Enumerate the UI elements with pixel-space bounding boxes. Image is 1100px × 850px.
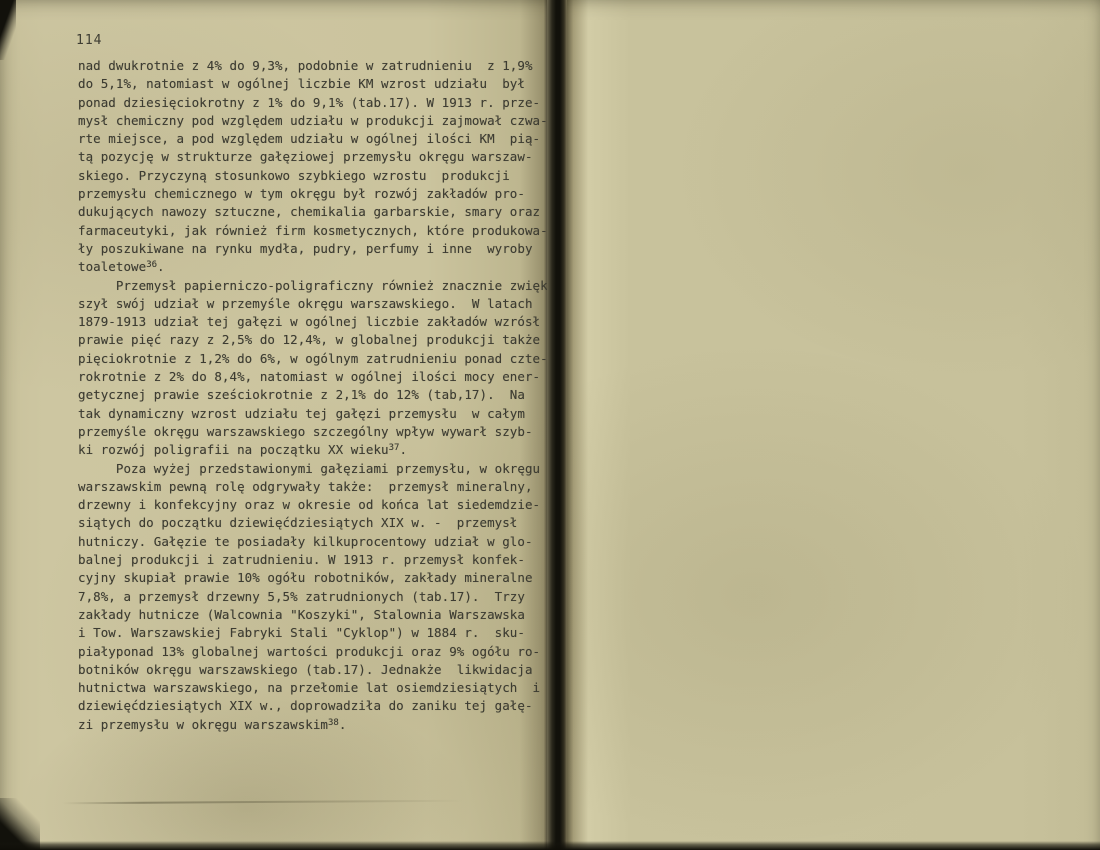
- text-line: piałyponad 13% globalnej wartości produk…: [78, 643, 553, 661]
- text-line: cyjny skupiał prawie 10% ogółu robotnikó…: [78, 569, 553, 587]
- page-114: 114 nad dwukrotnie z 4% do 9,3%, podobni…: [0, 0, 547, 850]
- text-line: rte miejsce, a pod względem udziału w og…: [78, 130, 553, 148]
- text-line: zakłady hutnicze (Walcownia "Koszyki", S…: [78, 606, 553, 624]
- text-line: dziewięćdziesiątych XIX w., doprowadziła…: [78, 697, 553, 715]
- text-line: pięciokrotnie z 1,2% do 6%, w ogólnym za…: [78, 350, 553, 368]
- text-line: hutniczy. Gałęzie te posiadały kilkuproc…: [78, 533, 553, 551]
- text-line: hutnictwa warszawskiego, na przełomie la…: [78, 679, 553, 697]
- text-line: botników okręgu warszawskiego (tab.17). …: [78, 661, 553, 679]
- scan-bottom-edge-shadow: [0, 841, 1100, 850]
- page-114-body-text: nad dwukrotnie z 4% do 9,3%, podobnie w …: [78, 57, 553, 734]
- text-line: drzewny i konfekcyjny oraz w okresie od …: [78, 496, 553, 514]
- text-line: tą pozycję w strukturze gałęziowej przem…: [78, 148, 553, 166]
- text-line: farmaceutyki, jak również firm kosmetycz…: [78, 222, 553, 240]
- book-gutter-shadow: [547, 0, 567, 850]
- text-line: nad dwukrotnie z 4% do 9,3%, podobnie w …: [78, 57, 553, 75]
- text-line: warszawskim pewną rolę odgrywały także: …: [78, 478, 553, 496]
- text-line: Przemysł papierniczo-poligraficzny równi…: [78, 277, 553, 295]
- text-line: prawie pięć razy z 2,5% do 12,4%, w glob…: [78, 331, 553, 349]
- text-line: mysł chemiczny pod względem udziału w pr…: [78, 112, 553, 130]
- text-line: szył swój udział w przemyśle okręgu wars…: [78, 295, 553, 313]
- text-line: toaletowe36.: [78, 258, 553, 276]
- text-line: 1879-1913 udział tej gałęzi w ogólnej li…: [78, 313, 553, 331]
- text-line: rokrotnie z 2% do 8,4%, natomiast w ogól…: [78, 368, 553, 386]
- text-line: dukujących nawozy sztuczne, chemikalia g…: [78, 203, 553, 221]
- text-line: ły poszukiwane na rynku mydła, pudry, pe…: [78, 240, 553, 258]
- scan-corner-shadow-top-left: [0, 0, 16, 60]
- text-line: Poza wyżej przedstawionymi gałęziami prz…: [78, 460, 553, 478]
- text-line: do 5,1%, natomiast w ogólnej liczbie KM …: [78, 75, 553, 93]
- text-line: ki rozwój poligrafii na początku XX wiek…: [78, 441, 553, 459]
- text-line: siątych do początku dziewięćdziesiątych …: [78, 514, 553, 532]
- text-line: tak dynamiczny wzrost udziału tej gałęzi…: [78, 405, 553, 423]
- text-line: balnej produkcji i zatrudnieniu. W 1913 …: [78, 551, 553, 569]
- text-line: przemysłu chemicznego w tym okręgu był r…: [78, 185, 553, 203]
- text-line: przemyśle okręgu warszawskiego szczególn…: [78, 423, 553, 441]
- text-line: zi przemysłu w okręgu warszawskim38.: [78, 716, 553, 734]
- page-115: 115 Analiza struktury gałęziowej przemys…: [567, 0, 1100, 850]
- page-number-left: 114: [76, 33, 102, 48]
- text-line: ponad dziesięciokrotny z 1% do 9,1% (tab…: [78, 94, 553, 112]
- book-scan-spread: 114 nad dwukrotnie z 4% do 9,3%, podobni…: [0, 0, 1100, 850]
- text-line: getycznej prawie sześciokrotnie z 2,1% d…: [78, 386, 553, 404]
- paper-scratch-mark: [62, 800, 464, 804]
- text-line: i Tow. Warszawskiej Fabryki Stali "Cyklo…: [78, 624, 553, 642]
- text-line: skiego. Przyczyną stosunkowo szybkiego w…: [78, 167, 553, 185]
- text-line: 7,8%, a przemysł drzewny 5,5% zatrudnion…: [78, 588, 553, 606]
